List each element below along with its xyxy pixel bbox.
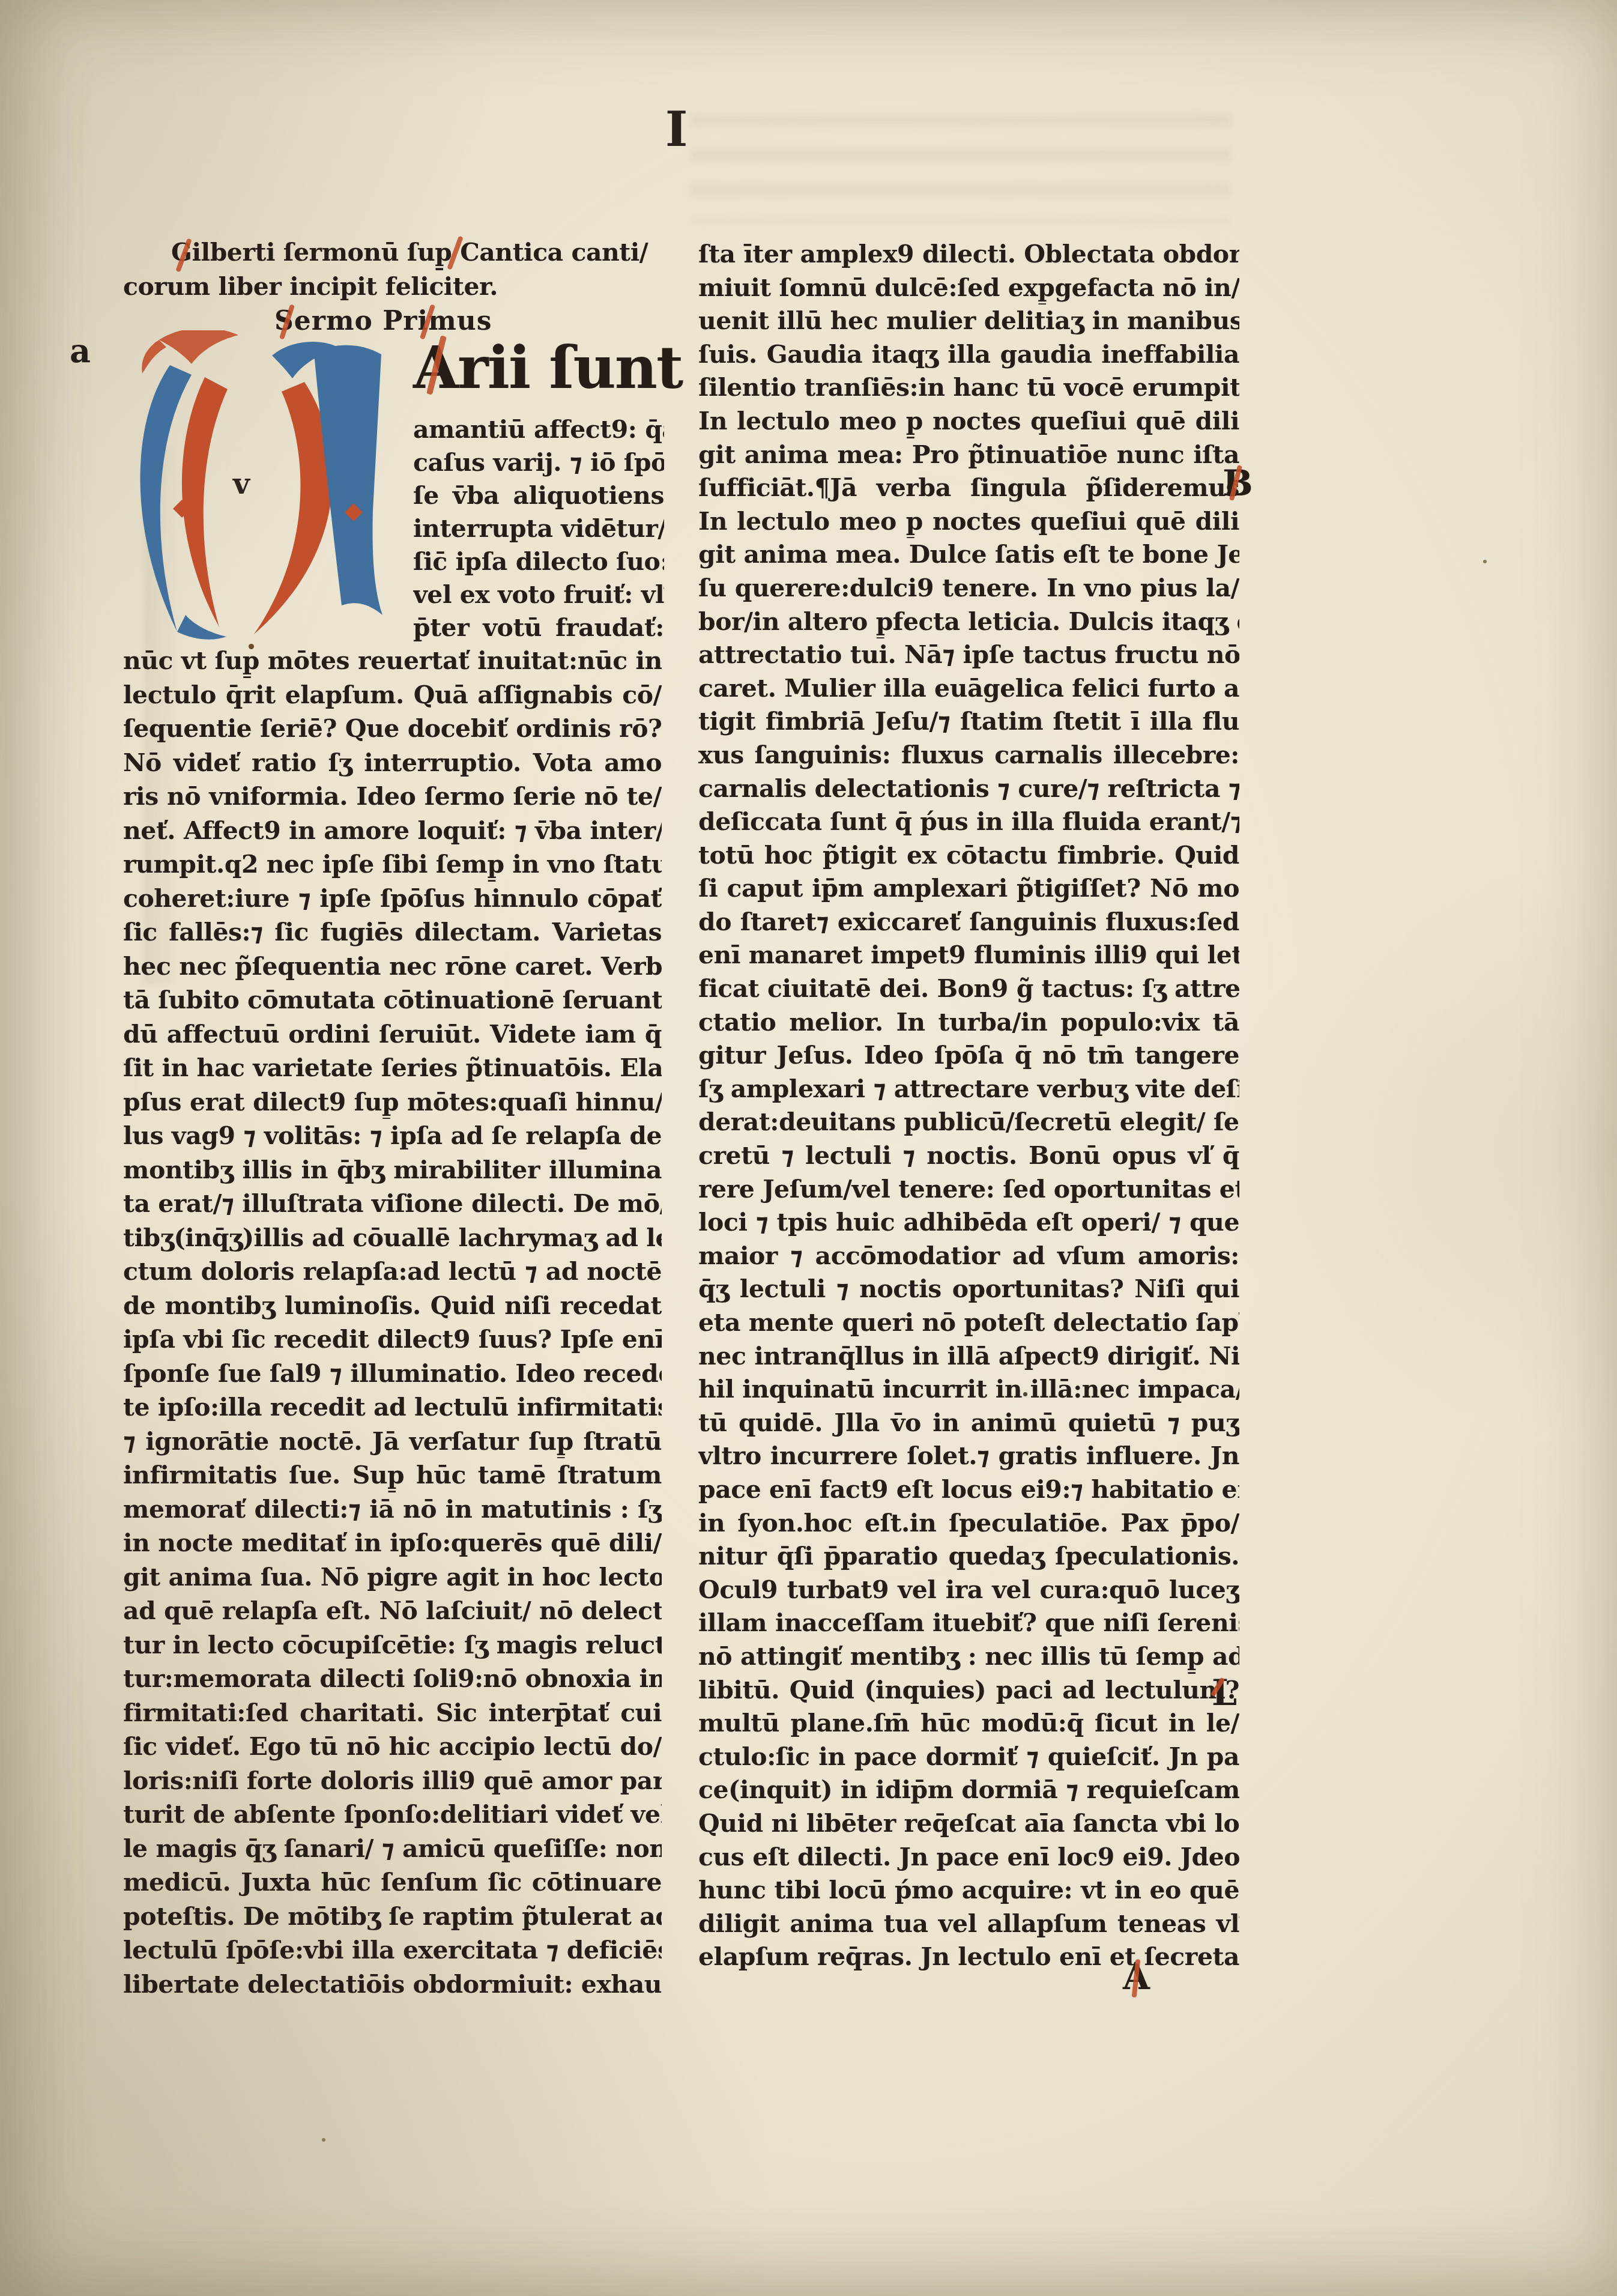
text-line: ſta īter amplex9 dilecti. Oblectata obdo… — [698, 238, 1239, 271]
text-line: te ipſo:illa recedit ad lectulū infirmit… — [123, 1390, 662, 1425]
decorated-initial-v — [123, 330, 400, 644]
text-line: ipſa vbi ſic recedit dilect9 ſuus? Ipſe … — [123, 1322, 662, 1357]
left-column-beside-initial: amantiū affect9: q̄acaſus varij. ⁊ iō ſp… — [413, 413, 664, 644]
text-line: hil inquinatū incurrit in illā:nec impac… — [698, 1373, 1239, 1407]
text-line: p̄ter votū fraudať: — [413, 611, 664, 644]
text-line: rumpit.q2 nec ipſe ſibi ſemp̱ in vno ſta… — [123, 847, 662, 882]
text-line: tur in lecto cōcupiſcētie: ſʒ magis relu… — [123, 1628, 662, 1662]
text-line: miuit ſomnū dulcē:ſed exp̱gefacta nō in/ — [698, 271, 1239, 305]
margin-letter-a: a — [70, 332, 91, 370]
text-line: bor/in altero p̱fecta leticia. Dulcis it… — [698, 605, 1239, 639]
left-column: nūc vt ſup̱ mōtes reuertať inuitat:nūc i… — [123, 644, 662, 2001]
text-line: uenit illū hec mulier delitiaʒ in manibu… — [698, 304, 1239, 338]
text-line: ſit in hac varietate ſeries p̃tinuatōis.… — [123, 1051, 662, 1085]
book-page: I Gilberti ſermonū ſup̱ Cantica canti/ c… — [0, 0, 1617, 2296]
text-line: lectulū ſpōſe:vbi illa exercitata ⁊ defi… — [123, 1933, 662, 1967]
text-line: hec nec p̃ſequentia nec rōne caret. Verb… — [123, 950, 662, 984]
right-column: ſta īter amplex9 dilecti. Oblectata obdo… — [698, 238, 1239, 1974]
text-line: attrectatio tui. Nā⁊ ipſe tactus fructu … — [698, 638, 1239, 672]
text-line: coheret:iure ⁊ ipſe ſpōſus hinnulo cōpať — [123, 882, 662, 916]
incipit-line-1: Gilberti ſermonū ſup̱ Cantica canti/ — [123, 235, 662, 270]
text-line: ſi caput ip̄m amplexari p̃tigiſſet? Nō m… — [698, 872, 1239, 906]
text-line: Quid ni libēter req̄eſcat aīa ſancta vbi… — [698, 1807, 1239, 1841]
text-line: ce(inquit) in idip̄m dormiā ⁊ requieſcam — [698, 1773, 1239, 1807]
text-line: tū quidē. Jlla v̄o in animū quietū ⁊ puʒ — [698, 1407, 1239, 1440]
text-line: elapſum req̄ras. Jn lectulo enī et ſecre… — [698, 1940, 1239, 1974]
text-line: nō attingiť mentibʒ : nec illis tū ſemp̱… — [698, 1640, 1239, 1674]
text-line: turit de abſente ſponſo:delitiari videť … — [123, 1798, 662, 1832]
text-line: enī manaret impet9 fluminis illi9 qui le… — [698, 939, 1239, 972]
text-line: ſic̄ ipſa dilecto ſuo: — [413, 545, 664, 578]
text-line: amantiū affect9: q̄a — [413, 413, 664, 446]
text-line: tigit fimbriā Jeſu/⁊ ſtatim ſtetit ī ill… — [698, 705, 1239, 739]
text-line: medicū. Juxta hūc ſenſum ſic cōtinuare — [123, 1865, 662, 1900]
opening-words: Arii ſunt — [413, 329, 664, 407]
text-line: git anima mea: Pro p̃tinuatiōe nunc iſta — [698, 438, 1239, 472]
text-line: gitur Jeſus. Ideo ſpōſa q̄ nō tm̄ tanger… — [698, 1039, 1239, 1073]
incipit-header: Gilberti ſermonū ſup̱ Cantica canti/ cor… — [123, 235, 662, 338]
text-line: in nocte meditať in ipſo:querēs quē dili… — [123, 1526, 662, 1560]
text-line: ſuis. Gaudia itaqʒ illa gaudia ineffabil… — [698, 338, 1239, 372]
text-line: eta mente queri nō poteſt delectatio ſap… — [698, 1306, 1239, 1340]
folio-number: I — [665, 101, 688, 157]
text-line: git anima ſua. Nō pigre agit in hoc lect… — [123, 1560, 662, 1595]
text-line: vel ex voto fruiť: vľ — [413, 578, 664, 611]
text-line: derat:deuitans publicū/ſecretū elegit/ ſ… — [698, 1106, 1239, 1139]
text-line: ctulo:ſic in pace dormiť ⁊ quieſciť. Jn … — [698, 1740, 1239, 1774]
text-line: cretū ⁊ lectuli ⁊ noctis. Bonū opus vľ q… — [698, 1139, 1239, 1173]
text-line: ſe v̄ba aliquotiens — [413, 479, 664, 512]
text-line: de montibʒ luminoſis. Quid niſi recedat — [123, 1289, 662, 1323]
text-line: nitur q̄ſi p̄paratio quedaʒ ſpeculationi… — [698, 1540, 1239, 1574]
text-line: hunc tibi locū ṕmo acquire: vt in eo quē — [698, 1874, 1239, 1907]
text-line: lus vag9 ⁊ volitās: ⁊ ipſa ad ſe relapſa… — [123, 1119, 662, 1153]
text-line: caret. Mulier illa euāgelica felici furt… — [698, 672, 1239, 706]
text-line: firmitati:ſed charitati. Sic interp̄tať … — [123, 1696, 662, 1730]
text-line: ſu querere:dulci9 tenere. In vno pius la… — [698, 572, 1239, 605]
text-line: neť. Affect9 in amore loquiť: ⁊ v̄ba int… — [123, 814, 662, 848]
text-line: interrupta vidētur/ — [413, 512, 664, 545]
initial-guide-letter: v — [233, 467, 250, 501]
text-line: vltro incurrere ſolet.⁊ gratis influere.… — [698, 1440, 1239, 1473]
paper-speck — [1483, 560, 1487, 563]
text-line: libitū. Quid (inquies) paci ad lectulum? — [698, 1674, 1239, 1707]
text-line: ſufficiāt.¶Jā verba ſingula p̃ſideremus — [698, 471, 1239, 505]
text-line: maior ⁊ accōmodatior ad vſum amoris: — [698, 1240, 1239, 1273]
paper-speck — [322, 2138, 325, 2142]
text-line: rere Jeſum/vel tenere: ſed oportunitas e… — [698, 1173, 1239, 1207]
text-line: loris:niſi forte doloris illi9 quē amor … — [123, 1764, 662, 1798]
text-line: Nō videť ratio ſʒ interruptio. Vota amo — [123, 746, 662, 780]
text-line: git anima mea. Dulce ſatis eſt te bone J… — [698, 538, 1239, 572]
text-line: ſponſe ſue ſal9 ⁊ illuminatio. Ideo rece… — [123, 1357, 662, 1391]
text-line: totū hoc p̃tigit ex cōtactu fimbrie. Qui… — [698, 839, 1239, 873]
text-line: dū affectuū ordini ſeruiūt. Videte iam q… — [123, 1017, 662, 1052]
verso-showthrough — [691, 114, 1231, 222]
text-line: pace enī fact9 eſt locus ei9:⁊ habitatio… — [698, 1473, 1239, 1507]
text-line: lectulo q̄rit elapſum. Quā aſſignabis cō… — [123, 678, 662, 712]
text-line: cus eſt dilecti. Jn pace enī loc9 ei9. J… — [698, 1841, 1239, 1874]
text-line: carnalis delectationis ⁊ cure/⁊ reſtrict… — [698, 772, 1239, 806]
text-line: nūc vt ſup̱ mōtes reuertať inuitat:nūc i… — [123, 644, 662, 678]
text-line: do ſtaret⁊ exiccareť ſanguinis fluxus:ſe… — [698, 906, 1239, 939]
text-line: pſus erat dilect9 ſup̱ mōtes:quaſi hinnu… — [123, 1085, 662, 1119]
text-line: Ocul9 turbat9 vel ira vel cura:quō luceʒ — [698, 1574, 1239, 1607]
text-line: ⁊ ignorātie noctē. Jā verſatur ſup̱ ſtra… — [123, 1425, 662, 1459]
text-line: ad quē relapſa eſt. Nō laſciuit/ nō dele… — [123, 1594, 662, 1628]
text-line: loci ⁊ tpis huic adhibēda eſt operi/ ⁊ q… — [698, 1206, 1239, 1240]
text-line: caſus varij. ⁊ iō ſpō — [413, 446, 664, 479]
text-line: q̄ʒ lectuli ⁊ noctis oportunitas? Niſi q… — [698, 1273, 1239, 1306]
text-line: nec intranq̄llus in illā aſpect9 dirigiť… — [698, 1340, 1239, 1374]
text-line: In lectulo meo p̱ noctes queſiui quē dil… — [698, 405, 1239, 438]
text-line: ris nō vniformia. Ideo ſermo ſerie nō te… — [123, 780, 662, 814]
text-line: infirmitatis ſue. Sup̱ hūc tamē ſtratum — [123, 1458, 662, 1492]
text-line: ſequentie ſeriē? Que docebiť ordinis rō? — [123, 712, 662, 746]
text-line: multū plane.ſm̄ hūc modū:q̄ ſicut in le/ — [698, 1707, 1239, 1740]
text-line: xus ſanguinis: fluxus carnalis illecebre… — [698, 739, 1239, 772]
text-line: tā ſubito cōmutata cōtinuationē ſeruant: — [123, 983, 662, 1017]
text-line: ctatio melior. In turba/in populo:vix tā — [698, 1006, 1239, 1040]
text-line: poteſtis. De mōtibʒ ſe raptim p̃tulerat … — [123, 1900, 662, 1934]
text-line: illam inacceſſam ituebiť? que niſi ſeren… — [698, 1607, 1239, 1640]
text-line: libertate delectatiōis obdormiuit: exhau — [123, 1967, 662, 2002]
text-line: ſic videť. Ego tū nō hic accipio lectū d… — [123, 1730, 662, 1764]
text-line: In lectulo meo p̱ noctes queſiui quē dil… — [698, 505, 1239, 539]
text-line: diligit anima tua vel allapſum teneas vľ — [698, 1907, 1239, 1941]
incipit-line-2: corum liber incipit feliciter. — [123, 270, 662, 304]
text-line: ctum doloris relapſa:ad lectū ⁊ ad noctē — [123, 1255, 662, 1289]
text-line: montibʒ illis in q̄bʒ mirabiliter illumi… — [123, 1153, 662, 1187]
text-line: ſʒ amplexari ⁊ attrectare verbuʒ vite de… — [698, 1073, 1239, 1106]
text-line: in ſyon.hoc eſt.in ſpeculatiōe. Pax p̄po… — [698, 1507, 1239, 1540]
text-line: le magis q̄ʒ ſanari/ ⁊ amicū queſiſſe: n… — [123, 1832, 662, 1866]
text-line: tibʒ(inq̄ʒ)illis ad cōuallē lachrymaʒ ad… — [123, 1221, 662, 1255]
text-line: memorať dilecti:⁊ iā nō in matutinis : ſ… — [123, 1492, 662, 1527]
text-line: deſiccata ſunt q̄ ṕus in illa fluida era… — [698, 805, 1239, 839]
text-line: ſic fallēs:⁊ ſic fugiēs dilectam. Variet… — [123, 915, 662, 950]
text-line: ficat ciuitatē dei. Bon9 g̃ tactus: ſʒ a… — [698, 972, 1239, 1006]
text-line: ſilentio tranſiēs:in hanc tū vocē erumpi… — [698, 371, 1239, 405]
text-line: tur:memorata dilecti ſoli9:nō obnoxia in — [123, 1662, 662, 1696]
text-line: ta erat/⁊ illuſtrata viſione dilecti. De… — [123, 1187, 662, 1221]
